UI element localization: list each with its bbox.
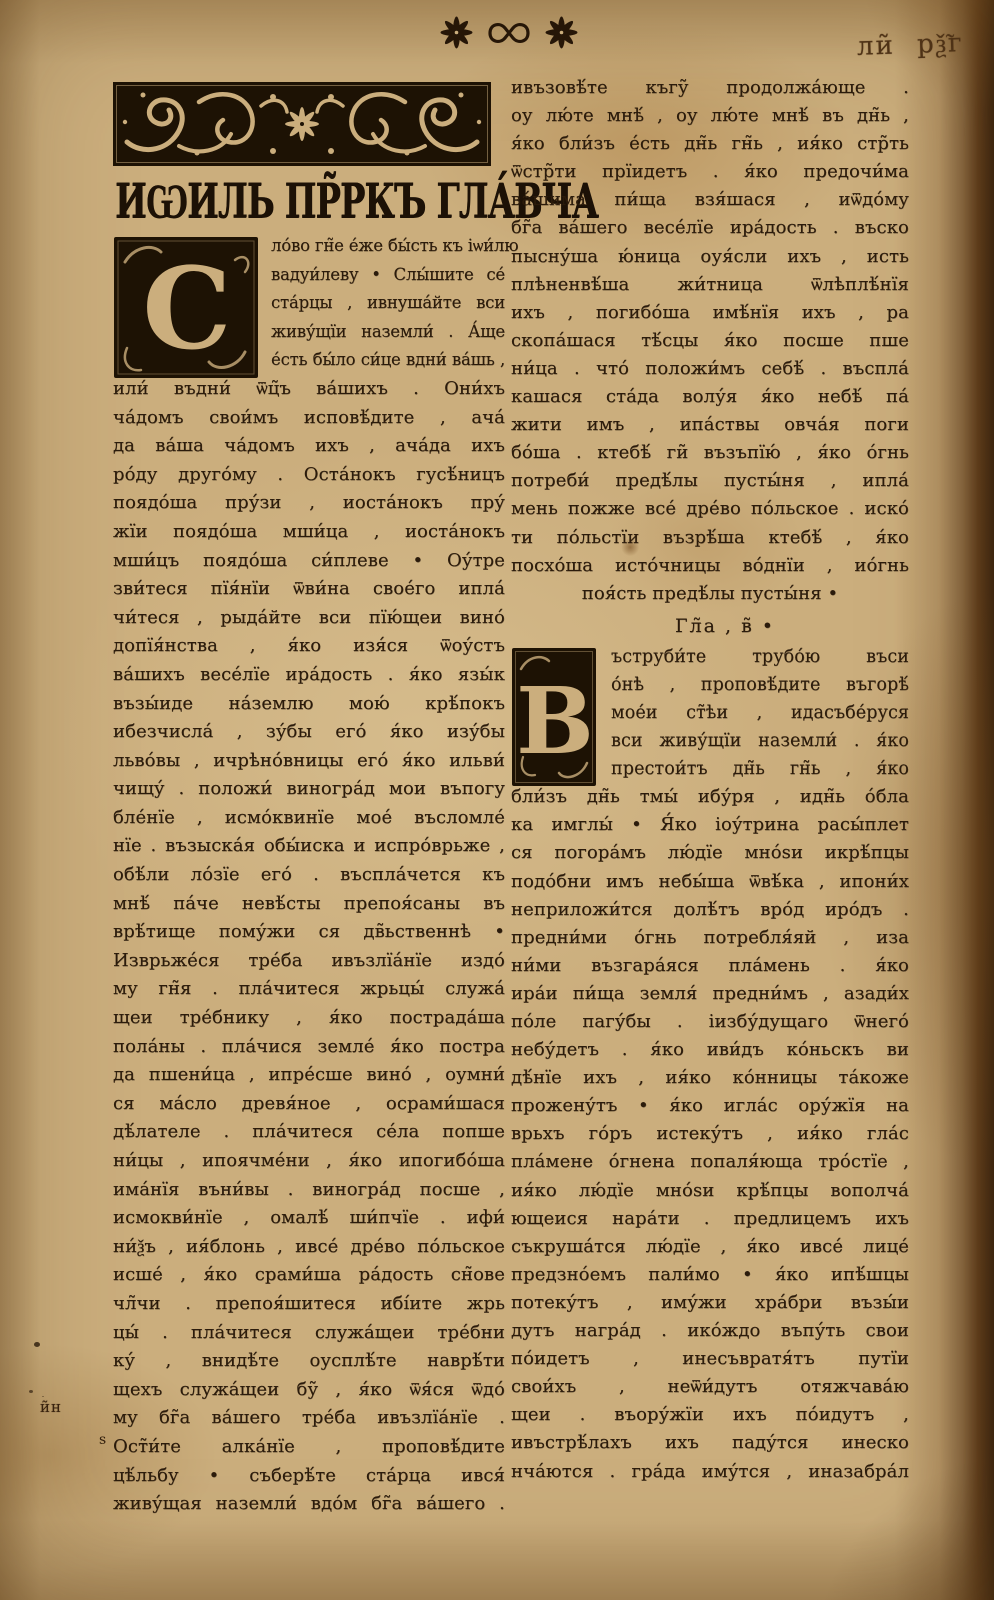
text-line: пола́ны . пла́чися земле́ я́ко постра bbox=[113, 1033, 505, 1062]
text-line: да пшени́ца , ипре́сше вино́ , оумни́ bbox=[113, 1061, 505, 1090]
text-line: пла́мене о́гнена попаля́юща тро́стїе , bbox=[511, 1148, 909, 1176]
text-line: бли́зъ дн̃ь тмы́ ибу́ря , идн̃ь о́бла bbox=[511, 783, 909, 811]
text-line: врьхъ го́ръ истеку́тъ , ия́ко гла́с bbox=[511, 1120, 909, 1148]
text-line: потреби́ предѣ́лы пусты́ня , ипла́ bbox=[511, 467, 909, 495]
text-line: чл̃чи . препоя́шитеся ибі́ите жрь bbox=[113, 1290, 505, 1319]
text-line: исше́ , я́ко срами́ша ра́дость сн̃ове bbox=[113, 1261, 505, 1290]
text-line: небу́детъ . я́ко иви́дъ ко́ньскъ ви bbox=[511, 1036, 909, 1064]
text-line: чищу́ . положи́ виногра́д мои въпогу bbox=[113, 775, 505, 804]
text-line: прожену́тъ • я́ко игла́с ору́жїя на bbox=[511, 1092, 909, 1120]
chapter-1-left-text: С ло́во гн̃е е́же бы́сть къ іѡи́лювадуи́… bbox=[113, 232, 505, 1519]
text-line: по́ле пагу́бы . іизбу́дущаго ѿнего́ bbox=[511, 1008, 909, 1036]
text-line: врѣ́тище пому́жи ся дв̃ьственнѣ • bbox=[113, 918, 505, 947]
text-line: ни́ца . что́ положи́мъ себѣ́ . въспла́ bbox=[511, 355, 909, 383]
text-line: обѣ́ли ло́зїе его́ . въспла́чется къ bbox=[113, 861, 505, 890]
text-line: по́идетъ , инесъвратя́тъ путїи bbox=[511, 1345, 909, 1373]
chapter-2-text: В ъструби́те трубо́ю въсио́нѣ , проповѣ́… bbox=[511, 643, 909, 1486]
text-line: му бг̃а ва́шего тре́ба ивъзлїа́нїе . bbox=[113, 1404, 505, 1433]
text-line: жити имъ , ипа́ствы овча́я поги bbox=[511, 411, 909, 439]
text-line: Изврьже́ся тре́ба ивъзлїа́нїе издо́ bbox=[113, 947, 505, 976]
text-line: ибезчисла́ , зу́бы его́ я́ко изу́бы bbox=[113, 718, 505, 747]
text-line: предни́ми о́гнь потребля́яй , иза bbox=[511, 924, 909, 952]
knot-icon bbox=[486, 19, 532, 47]
headpiece-woodcut bbox=[113, 82, 491, 166]
text-line: кашася ста́да волу́я я́ко небѣ́ па́ bbox=[511, 383, 909, 411]
ink-dots bbox=[34, 1342, 40, 1347]
svg-text:С: С bbox=[142, 244, 231, 375]
text-line: оу лю́те мнѣ́ , оу лю́те мнѣ́ въ дн̃ь , bbox=[511, 102, 909, 130]
text-line: мнѣ́ па́че невѣ́сты препоя́саны въ bbox=[113, 890, 505, 919]
chapter-1-right-text: ивъзовѣ́те къгу̃ продолжа́юще .оу лю́те … bbox=[511, 74, 909, 608]
text-line: дѣ́нїе ихъ , ия́ко ко́нницы та́коже bbox=[511, 1064, 909, 1092]
rosette-icon bbox=[438, 14, 475, 51]
text-line: ка имглы́ • Я́ко іоу́трина расы́плет bbox=[511, 811, 909, 839]
text-line: ча́домъ свои́мъ исповѣ́дите , ача́ bbox=[113, 404, 505, 433]
right-column: ивъзовѣ́те къгу̃ продолжа́юще .оу лю́те … bbox=[511, 74, 909, 1486]
text-line: предзно́емъ пали́мо • я́ко ипѣ́шцы bbox=[511, 1261, 909, 1289]
drop-cap-v-woodcut: В bbox=[511, 647, 597, 787]
text-line: мши́цъ поядо́ша си́плеве • Оу́тре bbox=[113, 547, 505, 576]
chapter-2-heading: Гл̃а , в̃ • bbox=[541, 611, 909, 641]
text-line: ихъ , погибо́ша имѣ́нїя ихъ , ра bbox=[511, 299, 909, 327]
text-line: ва́шима пи́ща взя́шася , иѿдо́му bbox=[511, 186, 909, 214]
text-line: има́нїя въни́вы . виногра́д посше , bbox=[113, 1176, 505, 1205]
text-line: плѣненвѣ́ша жи́тница ѿлѣплѣ́нїя bbox=[511, 271, 909, 299]
text-line: чи́теся , рыда́йте вси пїю́щеи вино́ bbox=[113, 604, 505, 633]
text-line: жїи поядо́ша мши́ца , иоста́нокъ bbox=[113, 518, 505, 547]
text-line: пысну́ша ю́ница оуя́сли ихъ , исть bbox=[511, 243, 909, 271]
drop-cap-s-woodcut: С bbox=[113, 236, 259, 379]
text-line: ни́ми възгара́яся пла́мень . я́ко bbox=[511, 952, 909, 980]
text-line: щеи . въору́жїи ихъ по́идутъ , bbox=[511, 1401, 909, 1429]
text-line: ира́и пи́ща земля́ предни́мъ , азади́х bbox=[511, 980, 909, 1008]
text-line: допїя́нства , я́ко изя́ся ѿоу́стъ bbox=[113, 632, 505, 661]
folio-number: ли̃ рѯ̃г bbox=[857, 28, 965, 62]
text-line: зви́теся пїя́нїи ѿви́на свое́го ипла́ bbox=[113, 575, 505, 604]
text-line: льво́вы , ичрѣно́вницы его́ я́ко ильви́ bbox=[113, 747, 505, 776]
text-line: подо́бни имъ небы́ша ѿвѣ́ка , ипони́х bbox=[511, 868, 909, 896]
text-line: ва́шихъ весе́лїе ира́дость . я́ко язы́к bbox=[113, 661, 505, 690]
book-title: ИѠИЛЬ ПР̃РКЪ ГЛА́ВЧА bbox=[115, 173, 419, 231]
text-line: бле́нїе , исмо́квинїе мое́ въсломле́ bbox=[113, 804, 505, 833]
text-line: бо́ша . ктебѣ́ ги̃ възъпїю́ , я́ко о́гнь bbox=[511, 439, 909, 467]
text-line: дутъ награ́д . ико́ждо въпу́ть свои bbox=[511, 1317, 909, 1345]
left-column: ИѠИЛЬ ПР̃РКЪ ГЛА́ВЧА С ло́во гн̃е е́же б… bbox=[113, 82, 505, 1519]
text-line: я́ко бли́зъ е́сть дн̃ь гн̃ь , ия́ко стр̃… bbox=[511, 130, 909, 158]
text-line: ро́ду друго́му . Оста́нокъ гусѣ́ницъ bbox=[113, 461, 505, 490]
text-line: Ост̃и́те алка́нїе , проповѣ́дите bbox=[113, 1433, 505, 1462]
text-line: ивъзовѣ́те къгу̃ продолжа́юще . bbox=[511, 74, 909, 102]
text-line: цѣ́льбу • съберѣ́те ста́рца ився́ bbox=[113, 1462, 505, 1491]
text-line: потеку́тъ , иму́жи хра́бри възы́и bbox=[511, 1289, 909, 1317]
left-column-lines: ло́во гн̃е е́же бы́сть къ іѡи́лювадуи́ле… bbox=[113, 232, 505, 1519]
text-line: живу́щая наземли́ вдо́м бг̃а ва́шего . bbox=[113, 1490, 505, 1519]
text-line: ия́ко лю́дїе мно́ѕи крѣ́пцы вополча́ bbox=[511, 1177, 909, 1205]
text-line: щеи тре́бнику , я́ко пострада́ша bbox=[113, 1004, 505, 1033]
text-line: възы́иде на́землю мою́ крѣ́покъ bbox=[113, 690, 505, 719]
text-line: поядо́ша пру́зи , иоста́нокъ пру́ bbox=[113, 489, 505, 518]
text-line: или́ въдни́ ѿц̃ъ ва́шихъ . Они́хъ bbox=[113, 375, 505, 404]
text-line: нча́ются . гра́да иму́тся , иназабра́л bbox=[511, 1458, 909, 1486]
text-line: ся ма́сло древя́ное , осрами́шася bbox=[113, 1090, 505, 1119]
svg-text:В: В bbox=[516, 667, 594, 775]
text-line: исмокви́нїе , омалѣ́ ши́пчїе . ифи́ bbox=[113, 1204, 505, 1233]
text-line: ни́цы , ипоячме́ни , я́ко ипогибо́ша bbox=[113, 1147, 505, 1176]
text-line: посхо́ша исто́чницы во́днїи , ио́гнь bbox=[511, 552, 909, 580]
text-line: ни́ѯъ , ия́блонь , ивсе́ дре́во по́льско… bbox=[113, 1233, 505, 1262]
text-line: свои́хъ , неѿи́дутъ отяжчава́ю bbox=[511, 1373, 909, 1401]
text-line: дѣ́лателе . пла́читеся се́ла попше bbox=[113, 1118, 505, 1147]
text-line: ѿстр̃ти прїидетъ . я́ко предочи́ма bbox=[511, 158, 909, 186]
text-line: скопа́шася тѣ́сцы я́ко посше пше bbox=[511, 327, 909, 355]
text-line: неприложи́тся долѣ́тъ вро́д иро́дъ . bbox=[511, 896, 909, 924]
text-line: ющеися нара́ти . предлицемъ ихъ bbox=[511, 1205, 909, 1233]
text-line: нїе . възыска́я обы́иска и испро́врьже , bbox=[113, 832, 505, 861]
header-ornaments bbox=[438, 14, 580, 51]
rosette-icon bbox=[543, 14, 580, 51]
text-line: съкруша́тся лю́дїе , я́ко ивсе́ лице́ bbox=[511, 1233, 909, 1261]
text-line: ти по́льстїи възрѣ́ша ктебѣ́ , я́ко bbox=[511, 524, 909, 552]
text-line: да ва́ша ча́домъ ихъ , ача́да ихъ bbox=[113, 432, 505, 461]
text-line: мень пожже все́ дре́во по́льское . иско́ bbox=[511, 495, 909, 523]
text-line: цы́ . пла́читеся служа́щеи тре́бни bbox=[113, 1319, 505, 1348]
text-line: ку́ , внидѣ́те оусплѣ́те наврѣ́ти bbox=[113, 1347, 505, 1376]
text-line: ивъстрѣ́лахъ ихъ паду́тся инеско bbox=[511, 1429, 909, 1457]
margin-verse-marker: ѕ bbox=[99, 1432, 106, 1448]
book-page: ли̃ рѯ̃г bbox=[0, 0, 994, 1600]
text-line: ся погора́мъ лю́дїе мно́ѕи икрѣ́пцы bbox=[511, 839, 909, 867]
text-line: му гн̃я . пла́читеся жрьцы́ служа́ bbox=[113, 975, 505, 1004]
text-line: поя́сть предѣ́лы пусты́ня • bbox=[511, 580, 909, 608]
text-line: щехъ служа́щеи бу̃ , я́ко ѿя́ся ѿдо́ bbox=[113, 1376, 505, 1405]
margin-note: и̃н bbox=[40, 1398, 62, 1416]
text-line: бг̃а ва́шего весе́лїе ира́дость . въско bbox=[511, 214, 909, 242]
